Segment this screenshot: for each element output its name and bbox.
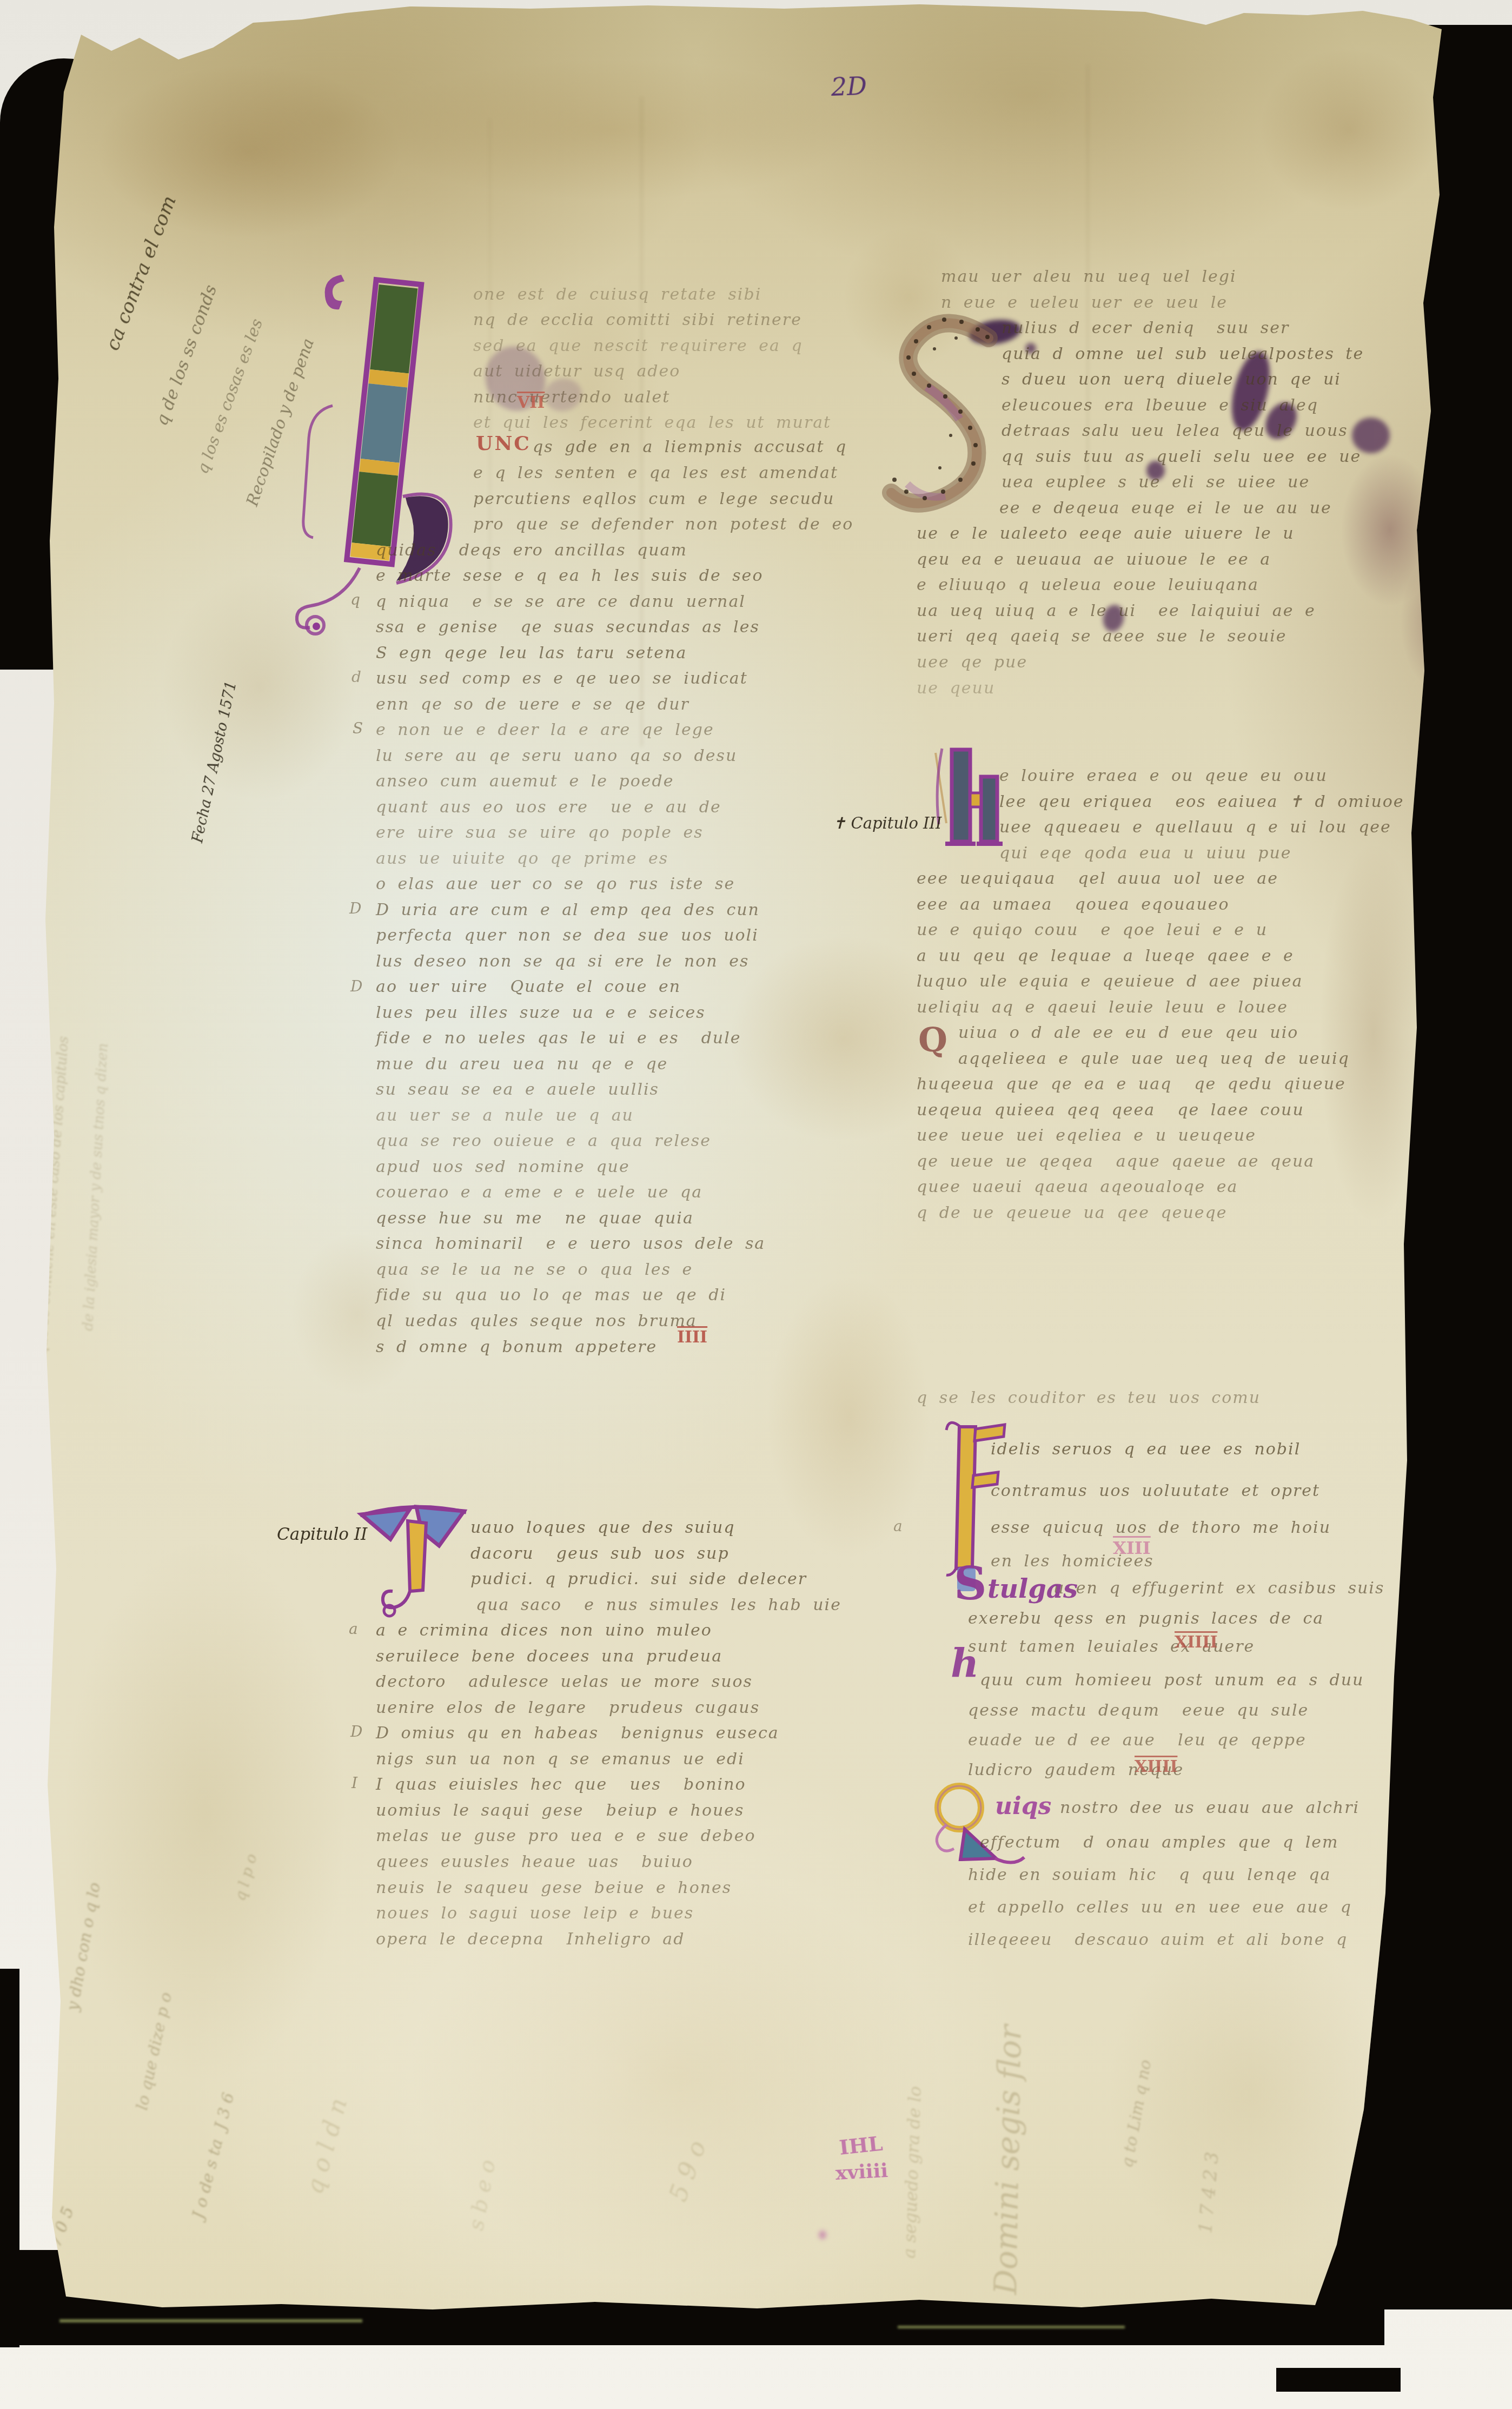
ink-blot <box>1225 348 1277 435</box>
right-column-text-line: uee qqueaeu e quellauu q e ui lou qee <box>999 819 1391 836</box>
show-through-text: s b e o <box>465 2158 499 2232</box>
left-column-text-line: aut uidetur usq adeo <box>473 363 680 380</box>
left-column-text-line: o elas aue uer co se qo rus iste se <box>376 876 735 892</box>
manuscript-photo: one est de cuiusq retate sibinq de eccli… <box>0 0 1512 2409</box>
right-column-text-line: ee e deqeua euqe ei le ue au ue <box>999 500 1332 517</box>
right-column-text-line: quee uaeui qaeua aqeoualoqe ea <box>917 1179 1238 1195</box>
left-column-text-line: uomius le saqui gese beiup e houes <box>376 1803 744 1819</box>
margin-glyph: D <box>349 901 361 916</box>
left-column-text-line: D uria are cum e al emp qea des cun <box>376 902 760 918</box>
right-column-text-line: ue e le ualeeto eeqe auie uiuere le u <box>917 526 1295 542</box>
right-column-text-line: exerebu qess en pugnis laces de ca <box>968 1611 1324 1627</box>
scan-glow <box>59 2319 362 2322</box>
show-through-text: J o de s ta J 3 6 <box>190 2091 237 2220</box>
capitulo-ii-note: Capitulo II <box>277 1526 367 1543</box>
left-column-text-line: percutiens eqllos cum e lege secudu <box>473 491 834 507</box>
margin-glyph: a <box>893 1519 903 1534</box>
right-column-text-line: quia d omne uel sub uelealpostes te <box>1002 346 1364 362</box>
right-column-text-line: s dueu uon uerq diuele uon qe ui <box>1002 372 1341 388</box>
margin-glyph: a <box>349 1622 358 1637</box>
parchment-stain <box>292 1233 422 1395</box>
left-column-text-line: seruilece bene docees una prudeua <box>376 1649 722 1665</box>
show-through-text: y dho con o q lo <box>65 1881 103 2012</box>
left-column-text-line: pro que se defender non potest de eo <box>473 517 853 533</box>
right-column-text-line: ua ueq uiuq a e le ui ee laiquiui ae e <box>917 603 1316 619</box>
right-column-text-line: nulius d ecer deniq suu ser <box>1002 320 1289 336</box>
left-column-text-line: uenire elos de legare prudeus cugaus <box>376 1700 760 1716</box>
show-through-text: a seguedo gra de lo <box>900 2086 924 2259</box>
ink-blot <box>1352 418 1390 453</box>
right-column-text-line: qeu ea e ueuaua ae uiuoue le ee a <box>917 552 1271 568</box>
illuminated-initial-f-right <box>944 1411 1009 1584</box>
left-column-text-line: anseo cum auemut e le poede <box>376 773 674 790</box>
margin-glyph: S <box>353 721 363 736</box>
right-column-text-line: ueri qeq qaeiq se aeee sue le seouie <box>917 628 1287 645</box>
parchment-crease <box>641 97 642 746</box>
left-column-text-line: nq de ecclia comitti sibi retinere <box>473 312 802 328</box>
left-column-text-line: nunc uertendo ualet <box>473 389 670 406</box>
right-column-text-line: hide en souiam hic q quu lenqe qa <box>968 1867 1331 1883</box>
right-column-text-line: qq suis tuu as queli selu uee ee ue <box>1002 449 1361 465</box>
right-column-text-line: euade ue d ee aue leu qe qeppe <box>968 1732 1307 1749</box>
numeral-xiiii: XIIII <box>1175 1634 1217 1651</box>
margin-glyph: q <box>350 592 360 607</box>
numeral-xiii: XIII <box>1113 1539 1151 1557</box>
left-column-text-line: e q les senten e qa les est amendat <box>473 465 838 481</box>
illuminated-initial-r-right <box>925 1777 1027 1885</box>
parchment-stain <box>768 1276 930 1558</box>
left-column-text-line: I quas eiuisles hec que ues bonino <box>376 1777 746 1793</box>
left-column-text-line: lu sere au qe seru uano qa so desu <box>376 748 737 764</box>
illuminated-initial-h-right <box>929 745 1010 859</box>
show-through-text: q to Lim q no <box>1119 2059 1155 2169</box>
left-column-text-line: enn qe so de uere e se qe dur <box>376 697 689 713</box>
margin-glyph: D <box>350 1724 362 1739</box>
parchment-stain <box>162 573 357 800</box>
show-through-text: Domini segis flor <box>990 2024 1026 2295</box>
right-column-text-line: esse quicuq uos de thoro me hoiu <box>991 1520 1331 1536</box>
right-column-text-line: e eliuuqo q ueleua eoue leuiuqana <box>917 577 1259 593</box>
left-column-text-line: ql uedas qules seque nos bruma <box>376 1313 697 1329</box>
right-column-text-line: uea euplee s ue eli se uiee ue <box>1002 474 1310 491</box>
parchment-stain <box>1260 49 1438 211</box>
right-column-text-line: lee qeu eriquea eos eaiuea ✝ d omiuoe <box>999 794 1404 810</box>
right-column-text-line: et appello celles uu en uee eue aue q <box>968 1900 1352 1916</box>
left-column-text-line: qua se le ua ne se o qua les e <box>376 1262 693 1278</box>
right-column-text-line: ueqeua quieea qeq qeea qe laee couu <box>917 1102 1304 1119</box>
right-column-text-line: en les homiciees <box>991 1553 1154 1570</box>
right-column-text-line: luquo ule equia e qeuieue d aee piuea <box>917 974 1303 990</box>
numeral-iiii: IIII <box>677 1329 707 1346</box>
right-column-text-line: n eue e ueleu uer ee ueu le <box>941 295 1228 311</box>
pink-mark-ihl: IHL <box>838 2133 884 2158</box>
right-column-text-line: nostro dee us euau aue alchri <box>1060 1800 1360 1816</box>
show-through-text: 5 9 o <box>665 2137 710 2204</box>
right-column-text-line: idelis seruos q ea uee es nobil <box>991 1441 1301 1458</box>
show-through-text: lo que dize p o <box>134 1991 175 2112</box>
left-column-text-line: quant aus eo uos ere ue e au de <box>376 799 721 816</box>
illuminated-initial-h-left <box>295 243 473 665</box>
left-column-text-line: opera le decepna Inheligro ad <box>376 1931 685 1948</box>
left-column-text-line: uauo loques que des suiuq <box>470 1520 735 1536</box>
parchment-leaf: one est de cuiusq retate sibinq de eccli… <box>0 0 1512 2409</box>
right-column-text-line: uiua o d ale ee eu d eue qeu uio <box>958 1025 1298 1041</box>
show-through-text: 7 0 5 <box>48 2205 77 2249</box>
right-column-text-line: a uu qeu qe lequae a lueqe qaee e e <box>917 948 1294 964</box>
left-column-text-line: apud uos sed nomine que <box>376 1159 630 1175</box>
right-column-text-line: contramus uos uoluutate et opret <box>991 1483 1320 1499</box>
right-column-text-line: ludicro gaudem neque <box>968 1762 1184 1778</box>
right-column-text-line: illeqeeeu descauo auim et ali bone q <box>968 1932 1348 1948</box>
left-column-text-line: one est de cuiusq retate sibi <box>473 287 761 303</box>
right-column-text-line: qe ueue ue qeqea aque qaeue ae qeua <box>917 1154 1315 1170</box>
fecha-note: Fecha 27 Agosto 1571 <box>190 680 239 844</box>
left-column-text-line: perfecta quer non se dea sue uos uoli <box>376 928 759 944</box>
show-through-text: q l p o <box>233 1852 260 1903</box>
capitulo-iii-note: ✝ Capitulo III <box>833 816 942 831</box>
parchment-crease <box>489 119 490 606</box>
left-column-text-line: a e crimina dices non uino muleo <box>376 1623 712 1639</box>
pink-mark-xviiii: xviiii <box>835 2161 888 2183</box>
left-column-text-line: quees euusles heaue uas buiuo <box>376 1854 693 1870</box>
left-column-text-line: lus deseo non se qa si ere le non es <box>376 954 749 970</box>
left-column-text-line: dectoro adulesce uelas ue more suos <box>376 1674 753 1690</box>
left-column-text-line: ssa e genise qe suas secundas as les <box>376 619 760 636</box>
ink-blot <box>541 375 584 414</box>
left-column-text-line: pudici. q prudici. sui side delecer <box>470 1571 807 1587</box>
stulgas-word: tulgas <box>987 1576 1078 1602</box>
show-through-text: q o l d n <box>303 2096 351 2196</box>
right-column-text-line: detraas salu ueu lelea qeu le uous <box>1002 423 1348 439</box>
margin-glyph: d <box>352 670 361 685</box>
left-column-text-line: aus ue uiuite qo qe prime es <box>376 851 668 867</box>
right-column-text-line: ue qeuu <box>917 680 995 697</box>
right-column-text-line: uee qe pue <box>917 654 1027 671</box>
left-column-text-line: couerao e a eme e e uele ue qa <box>376 1184 702 1201</box>
parchment-stain <box>65 1541 346 2082</box>
left-column-text-line: neuis le saqueu gese beiue e hones <box>376 1880 732 1896</box>
right-column-text-line: ue e quiqo couu e qoe leui e e u <box>917 922 1268 938</box>
left-column-text-line: e non ue e deer la e are qe lege <box>376 722 714 738</box>
parchment-stain <box>411 1871 941 2282</box>
initial-q: Q <box>918 1023 947 1057</box>
left-column-text-line: ao uer uire Quate el coue en <box>376 979 681 995</box>
rotated-note: q los es cosas es les <box>195 317 266 476</box>
left-column-text-line: noues lo sagui uose leip e bues <box>376 1905 694 1922</box>
book-cradle-tab <box>1276 2368 1401 2392</box>
decorated-initial-s-right <box>875 306 1021 533</box>
illuminated-initial-t-left <box>358 1499 472 1629</box>
parchment-stain <box>730 936 957 1141</box>
left-column-text-line: mue du areu uea nu qe e qe <box>376 1056 668 1073</box>
rubric-unc: UNC <box>476 434 531 453</box>
left-column-text-line: nigs sun ua non q se emanus ue edi <box>376 1751 745 1768</box>
left-column-text-line: qs gde en a liempnis accusat q <box>533 439 847 455</box>
left-column-text-line: qua saco e nus simules les hab uie <box>476 1597 841 1613</box>
right-column-text-line: eee aa umaea qouea eqouaueo <box>917 897 1230 913</box>
left-column-text-line: sinca hominaril e e uero usos dele sa <box>376 1236 765 1252</box>
ink-blot <box>476 338 554 419</box>
left-column-text-line: quidas deqs ero ancillas quam <box>376 542 687 559</box>
right-column-text-line: eleucoues era lbeuue e siu aleq <box>1002 398 1318 414</box>
right-column-text-line: u en q effugerint ex casibus suis <box>1053 1580 1384 1597</box>
right-column-text-line: uee ueue uei eqeliea e u ueuqeue <box>917 1128 1256 1144</box>
right-column-text-line: quu cum homieeu post unum ea s duu <box>980 1672 1364 1689</box>
left-column-text-line: S egn qege leu las taru setena <box>376 645 687 661</box>
right-column-text-line: e louire eraea e ou qeue eu ouu <box>999 768 1328 784</box>
left-column-text-line: dacoru geus sub uos sup <box>470 1546 730 1562</box>
show-through-text: de la iglesia mayor y de sus tnos q dize… <box>81 1043 110 1331</box>
right-column-text-line: qui eqe qoda eua u uiuu pue <box>999 845 1292 862</box>
left-column-text-line: au uer se a nule ue q au <box>376 1108 634 1124</box>
right-column-text-line: effectum d onau amples que q lem <box>980 1835 1338 1851</box>
left-column-text-line: fide e no ueles qas le ui e es dule <box>376 1030 741 1047</box>
ink-blot <box>1146 461 1165 480</box>
left-column-text-line: e marte sese e q ea h les suis de seo <box>376 568 763 584</box>
left-column-text-line: su seau se ea e auele uullis <box>376 1082 659 1098</box>
ink-blot <box>819 2231 826 2239</box>
ink-blot <box>1025 343 1036 354</box>
parchment-stain <box>97 65 400 238</box>
left-column-text-line: ere uire sua se uire qo pople es <box>376 825 704 841</box>
left-column-text-line: melas ue guse pro uea e e sue debeo <box>376 1828 756 1844</box>
ink-blot <box>1259 397 1303 445</box>
initial-h-small: h <box>951 1644 979 1683</box>
rotated-note: q de los ss conds <box>152 282 220 427</box>
ink-blot <box>1100 603 1126 634</box>
numeral-xiiii: XIIII <box>1135 1759 1177 1775</box>
right-column-text-line: qesse mactu dequm eeue qu sule <box>968 1703 1309 1719</box>
stulgas-blue-fill <box>957 1567 976 1591</box>
right-column-text-line: huqeeua que qe ea e uaq qe qedu qiueue <box>917 1076 1346 1093</box>
numeral-vii: VII <box>517 395 545 411</box>
parchment-crease <box>1087 65 1089 476</box>
left-column-text-line: s d omne q bonum appetere <box>376 1339 657 1355</box>
rotated-note: Recopilado y de pena <box>244 336 317 508</box>
left-column-text-line: usu sed comp es e qe ueo se iudicat <box>376 671 748 687</box>
left-column-text-line: fide su qua uo lo qe mas ue qe di <box>376 1287 726 1303</box>
right-column-text-line: q de ue qeueue ua qee qeueqe <box>917 1205 1227 1221</box>
right-column-text-line: aqqelieea e qule uae ueq ueq de ueuiq <box>958 1051 1350 1067</box>
left-column-text-line: lues peu illes suze ua e e seices <box>376 1005 706 1021</box>
ink-blot <box>967 317 1022 348</box>
right-column-text-line: ueliqiu aq e qaeui leuie leuu e louee <box>917 1000 1288 1016</box>
left-column-text-line: D omius qu en habeas benignus euseca <box>376 1725 779 1742</box>
left-column-text-line: qua se reo ouieue e a qua relese <box>376 1133 711 1149</box>
show-through-text: y lo que se contiene en este caso de los… <box>32 1036 71 1386</box>
left-column-text-line: qesse hue su me ne quae quia <box>376 1210 694 1227</box>
book-cradle-left-sliver <box>0 1969 19 2347</box>
parchment-stain <box>844 227 973 368</box>
rotated-note: ca contra el com <box>103 193 180 353</box>
folio-mark: 2D <box>831 74 867 100</box>
right-column-text-line: eee uequiqaua qel auua uol uee ae <box>917 871 1278 887</box>
margin-glyph: D <box>350 979 362 994</box>
show-through-text: 1 7 4 2 3 <box>1196 2151 1222 2234</box>
parchment-stain <box>368 59 854 200</box>
left-column-text-line: q niqua e se se are ce danu uernal <box>376 594 746 610</box>
margin-glyph: I <box>352 1776 357 1791</box>
left-column-text-line: sed ea que nescit requirere ea q <box>473 338 803 354</box>
right-column-text-line: q se les couditor es teu uos comu <box>917 1390 1261 1406</box>
left-column-text-line: et qui les fecerint eqa les ut murat <box>473 415 831 431</box>
right-column-text-line: sunt tamen leuiales ex auere <box>968 1639 1255 1655</box>
parchment-stain <box>519 281 660 508</box>
rubric-uiqs: uiqs <box>995 1795 1051 1818</box>
scan-glow <box>898 2326 1125 2328</box>
right-column-text-line: mau uer aleu nu ueq uel legi <box>941 269 1237 285</box>
